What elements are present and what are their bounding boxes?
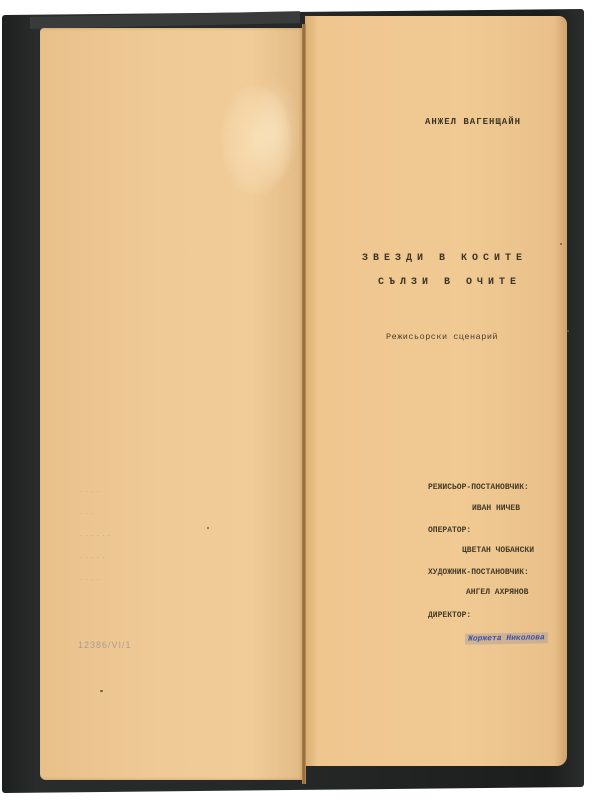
credit-name-production-designer: АНГЕЛ АХРЯНОВ: [466, 588, 528, 597]
bleed-mark: · · · ·: [80, 480, 200, 502]
book-gutter: [302, 24, 306, 784]
paper-speck: [560, 243, 562, 245]
paper-speck: [567, 330, 569, 332]
credit-name-cinematographer: ЦВЕТАН ЧОБАНСКИ: [462, 546, 534, 555]
title-line-2: СЪЛЗИ В ОЧИТЕ: [378, 277, 521, 288]
subtitle: Режисьорски сценарий: [386, 332, 498, 342]
credit-role-cinematographer: ОПЕРАТОР:: [428, 526, 471, 535]
author-name: АНЖЕЛ ВАГЕНЩАЙН: [425, 117, 521, 127]
credit-role-director: РЕЖИСЬОР-ПОСТАНОВЧИК:: [428, 483, 529, 492]
title-line-1: ЗВЕЗДИ В КОСИТЕ: [362, 253, 527, 264]
bleed-mark: · · · · ·: [80, 546, 200, 568]
paper-speck: [207, 527, 209, 529]
credit-role-producer: ДИРЕКТОР:: [428, 611, 471, 620]
right-page: [305, 16, 567, 766]
bleed-through-marks: · · · · · · · · · · · · · · · · · · · · …: [80, 480, 200, 660]
credit-role-production-designer: ХУДОЖНИК-ПОСТАНОВЧИК:: [428, 568, 529, 577]
credit-name-director: ИВАН НИЧЕВ: [472, 504, 520, 513]
pencil-catalog-note: 12386/VI/1: [78, 640, 132, 650]
signature-stamp: Жоржета Николова: [465, 632, 548, 644]
water-stain: [250, 75, 300, 185]
paper-speck: [100, 690, 103, 692]
bleed-mark: · · ·: [80, 502, 200, 524]
bleed-mark: · · · ·: [80, 568, 200, 590]
bleed-mark: · · · · · ·: [80, 524, 200, 546]
